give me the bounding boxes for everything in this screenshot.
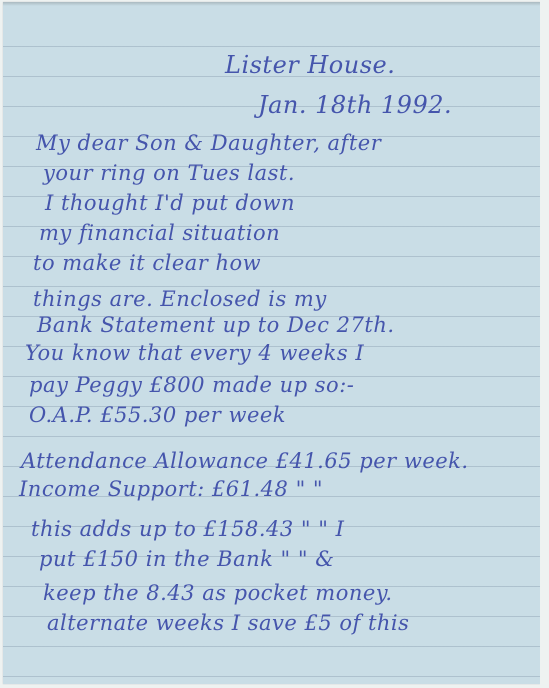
letter-line: O.A.P. £55.30 per week — [29, 402, 286, 428]
letter-line: to make it clear how — [33, 250, 261, 276]
letter-line: Income Support: £61.48 " " — [19, 476, 323, 502]
letter-line: You know that every 4 weeks I — [25, 340, 364, 366]
letter-line: My dear Son & Daughter, after — [36, 130, 381, 156]
letter-line: Attendance Allowance £41.65 per week. — [21, 448, 469, 474]
letter-line: alternate weeks I save £5 of this — [47, 610, 409, 636]
letter-date: Jan. 18th 1992. — [258, 92, 452, 118]
letter-line: Bank Statement up to Dec 27th. — [37, 312, 395, 338]
scan-margin — [540, 0, 549, 688]
letter-line: I thought I'd put down — [45, 190, 295, 216]
letter-line: put £150 in the Bank " " & — [39, 546, 334, 572]
letter-line: pay Peggy £800 made up so:- — [29, 372, 354, 398]
letter-address: Lister House. — [225, 52, 395, 78]
letter-line: your ring on Tues last. — [43, 160, 295, 186]
letter-line: keep the 8.43 as pocket money. — [43, 580, 393, 606]
letter-line: my financial situation — [39, 220, 280, 246]
letter-line: things are. Enclosed is my — [33, 286, 327, 312]
letter-line: this adds up to £158.43 " " I — [31, 516, 344, 542]
letter-page: Lister House. Jan. 18th 1992. My dear So… — [3, 2, 540, 684]
